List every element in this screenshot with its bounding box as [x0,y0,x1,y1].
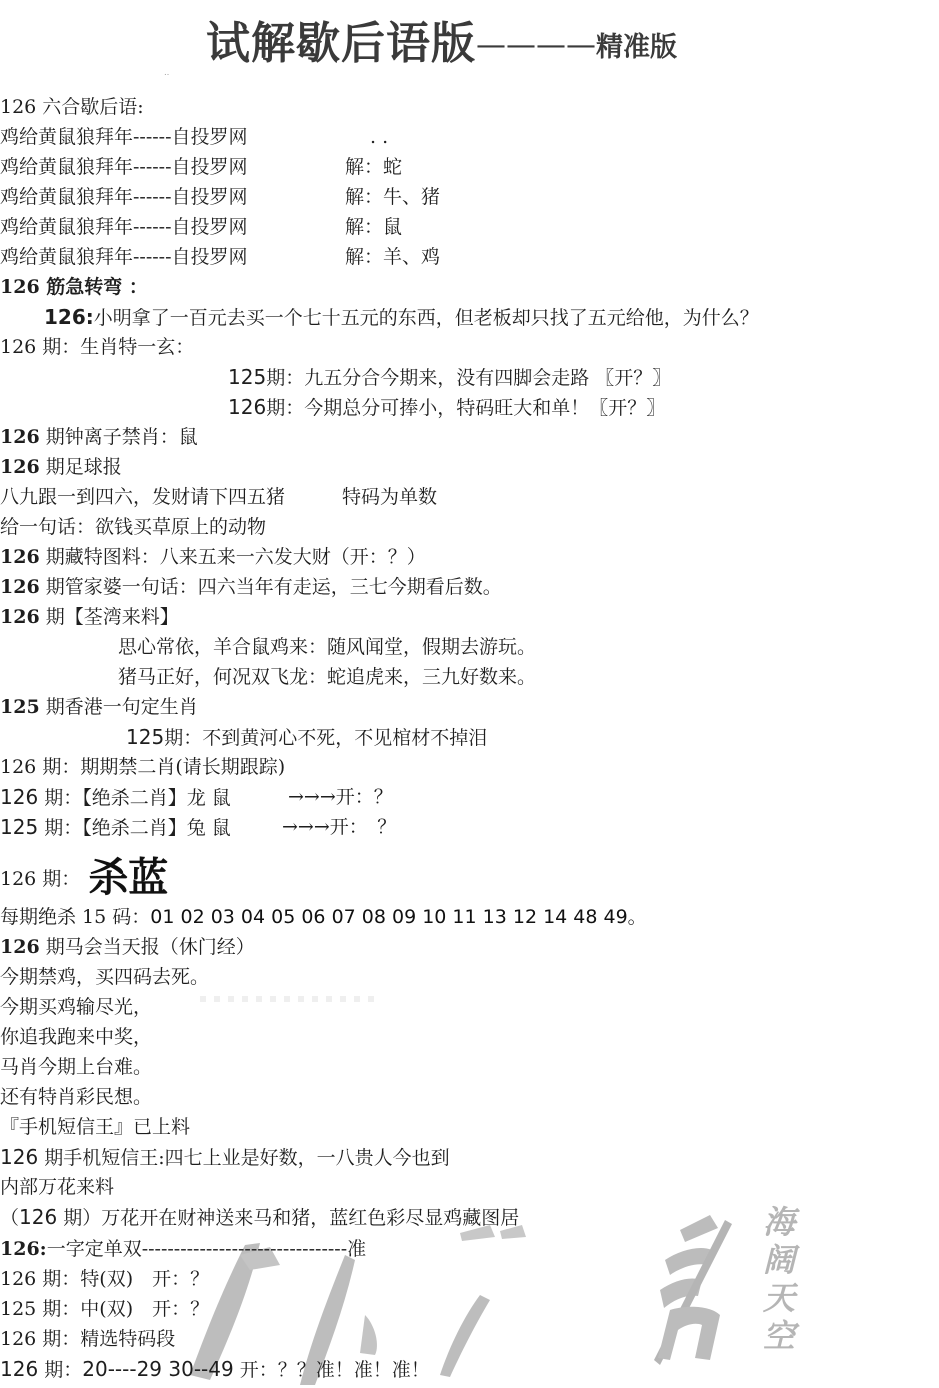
ban-two-heading-text: 期：期期禁二肖(请长期跟踪) [42,756,285,778]
riddle-text: 期：今期总分可捧小，特码旺大和单！〖开？〗 [266,397,665,419]
guanjiapo-line: 126 期管家婆一句话：四六当年有走运，三七今期看后数。 [0,574,502,600]
watermark-vertical-text: 海阔天空 [758,1205,798,1357]
xiehouyu-row: 鸡给黄鼠狼拜年------自投罗网 解：牛、猪 [0,184,248,210]
xiehouyu-answer: 解：蛇 [345,154,402,180]
issue-number: 125 [126,725,164,749]
page-title: 试解歇后语版 ———— 精准版 [206,18,677,70]
segment-range: 20----29 30--49 [82,1357,233,1381]
xiehouyu-text: 鸡给黄鼠狼拜年------自投罗网 [0,216,248,238]
kill-color-value: 杀蓝 [88,855,168,901]
title-subtitle: 精准版 [596,28,677,68]
title-dash: ———— [476,26,596,66]
ban-two-heading: 126 期：期期禁二肖(请长期跟踪) [0,754,285,780]
horse-heading: 126 期马会当天报（休门经） [0,934,255,960]
segment-label: 期： [44,1359,82,1381]
kill-numbers-list: 01 02 03 04 05 06 07 08 09 10 11 13 12 1… [150,906,646,928]
riddle-text: 期：九五分合今期来，没有四脚会走路 〖开？〗 [266,367,671,389]
segment-line: 126 期：20----29 30--49 开：？？准！准！准！ [0,1356,430,1382]
xiehouyu-row: 鸡给黄鼠狼拜年------自投罗网 解：鼠 [0,214,248,240]
xiehouyu-answer: 解：羊、鸡 [345,244,440,270]
horse-line: 马肖今期上台难。 [0,1054,152,1080]
hongkong-heading-text: 期香港一句定生肖 [46,696,198,718]
horse-line: 今期禁鸡，买四码去死。 [0,964,209,990]
hongkong-heading: 125 期香港一句定生肖 [0,694,198,720]
issue-number: 126 [0,456,40,478]
issue-number: 126: [44,305,94,329]
issue-number: 126 [0,606,40,628]
sms-heading: 『手机短信王』已上料 [0,1114,190,1140]
document-page: 试解歇后语版 ———— 精准版 ‥ 126 六合歇后语: 鸡给黄鼠狼拜年----… [0,0,939,1388]
quanwan-line: 猪马正好，何况双飞龙：蛇追虎来，三九好数来。 [118,664,536,690]
football-text: 八九跟一到四六，发财请下四五猪 [0,486,285,508]
issue-number: 126 [0,756,36,778]
issue-number: 126 [0,785,38,809]
kill-numbers-label: 每期绝杀 15 码： [0,906,150,928]
horse-heading-text: 期马会当天报（休门经） [46,936,255,958]
xiehouyu-text: 鸡给黄鼠狼拜年------自投罗网 [0,126,248,148]
xiehouyu-text: 鸡给黄鼠狼拜年------自投罗网 [0,246,248,268]
title-main: 试解歇后语版 [206,18,476,70]
calligraphy-watermark-icon [640,1210,740,1370]
ban-two-text: 期：【绝杀二肖】龙 鼠 [44,787,231,809]
sms-text: 期手机短信王:四七上业是好数，一八贵人今也到 [44,1147,449,1169]
football-hint: 特码为单数 [342,484,437,510]
segment-heading: 126 期：精选特码段 [0,1326,175,1352]
kill-numbers-line: 每期绝杀 15 码：01 02 03 04 05 06 07 08 09 10 … [0,904,647,930]
issue-number: 126: [0,1238,47,1260]
hongkong-text: 期：不到黄河心不死，不见棺材不掉泪 [164,727,487,749]
issue-number: 126 [0,1357,38,1381]
issue-number: 126 [0,936,40,958]
xiehouyu-answer: 解：鼠 [345,214,402,240]
sms-line: 126 期手机短信王:四七上业是好数，一八贵人今也到 [0,1144,450,1170]
quanwan-heading-text: 期【荃湾来料】 [46,606,179,628]
ban-two-row: 125 期：【绝杀二肖】兔 鼠 →→→开： ？ [0,814,231,840]
issue-number: 126 [0,576,40,598]
issue-number: 126 [0,426,40,448]
scan-artifact [200,996,380,1002]
kill-color-label: 126 期： [0,868,80,890]
xiehouyu-text: 鸡给黄鼠狼拜年------自投罗网 [0,156,248,178]
xiehouyu-answer: 解：牛、猪 [345,184,440,210]
ban-two-row: 126 期：【绝杀二肖】龙 鼠 →→→开：？ [0,784,231,810]
football-heading-text: 期足球报 [46,456,122,478]
section-heading-brain-teaser: 126 筋急转弯 ： [0,274,148,300]
horse-line: 还有特肖彩民想。 [0,1084,152,1110]
issue-number: 126 [0,1145,38,1169]
quanwan-line: 思心常依，羊合鼠鸡来：随风闻堂，假期去游玩。 [118,634,536,660]
zodiac-riddle-line: 126期：今期总分可捧小，特码旺大和单！〖开？〗 [228,394,665,420]
segment-result: 开：？？准！准！准！ [240,1359,430,1381]
odd-even-heading-text: 一字定单双--------------------------------准 [47,1238,366,1260]
section-heading-zodiac: 126 期：生肖特一玄： [0,334,194,360]
ban-two-result: →→→开：？ [288,784,393,810]
hongkong-line: 125期：不到黄河心不死，不见棺材不掉泪 [126,724,487,750]
zodiac-riddle-line: 125期：九五分合今期来，没有四脚会走路 〖开？〗 [228,364,671,390]
issue-number: 126 [0,546,40,568]
horse-line: 今期买鸡输尽光， [0,994,152,1020]
quanwan-heading: 126 期【荃湾来料】 [0,604,179,630]
odd-even-heading: 126:一字定单双-------------------------------… [0,1236,366,1262]
zhongli-line: 126 期钟离子禁肖：鼠 [0,424,198,450]
zhongli-text: 期钟离子禁肖：鼠 [46,426,198,448]
odd-even-row: 126 期：特(双) 开：？ [0,1266,209,1292]
xiehouyu-row: 鸡给黄鼠狼拜年------自投罗网 解：羊、鸡 [0,244,248,270]
xiehouyu-row: 鸡给黄鼠狼拜年------自投罗网 . . [0,124,248,150]
football-line: 八九跟一到四六，发财请下四五猪 特码为单数 [0,484,285,510]
cangte-text: 期藏特图料：八来五来一六发大财（开：？） [46,546,426,568]
football-heading: 126 期足球报 [0,454,122,480]
xiehouyu-text: 鸡给黄鼠狼拜年------自投罗网 [0,186,248,208]
wanhua-heading: 内部万花来料 [0,1174,114,1200]
brain-teaser-question: 126:小明拿了一百元去买一个七十五元的东西，但老板却只找了五元给他，为什么？ [44,304,759,330]
bracket-open: （ [0,1207,19,1229]
ban-two-result: →→→开： ？ [282,814,396,840]
xiehouyu-answer: . . [370,124,388,150]
cangte-line: 126 期藏特图料：八来五来一六发大财（开：？） [0,544,426,570]
section-heading-xiehouyu: 126 六合歇后语: [0,94,144,120]
guanjiapo-text: 期管家婆一句话：四六当年有走运，三七今期看后数。 [46,576,502,598]
issue-number: 126 [19,1205,57,1229]
ban-two-text: 期：【绝杀二肖】兔 鼠 [44,817,231,839]
horse-line: 你追我跑来中奖， [0,1024,152,1050]
issue-number: 125 [228,365,266,389]
football-line: 给一句话：欲钱买草原上的动物 [0,514,266,540]
xiehouyu-row: 鸡给黄鼠狼拜年------自投罗网 解：蛇 [0,154,248,180]
question-text: 小明拿了一百元去买一个七十五元的东西，但老板却只找了五元给他，为什么？ [94,307,759,329]
issue-number: 125 [0,696,40,718]
issue-number: 125 [0,815,38,839]
kill-color-line: 126 期：杀蓝 [0,858,168,898]
issue-number: 126 [228,395,266,419]
odd-even-row: 125 期：中(双) 开：？ [0,1296,209,1322]
tiny-marks: ‥ [164,68,169,77]
